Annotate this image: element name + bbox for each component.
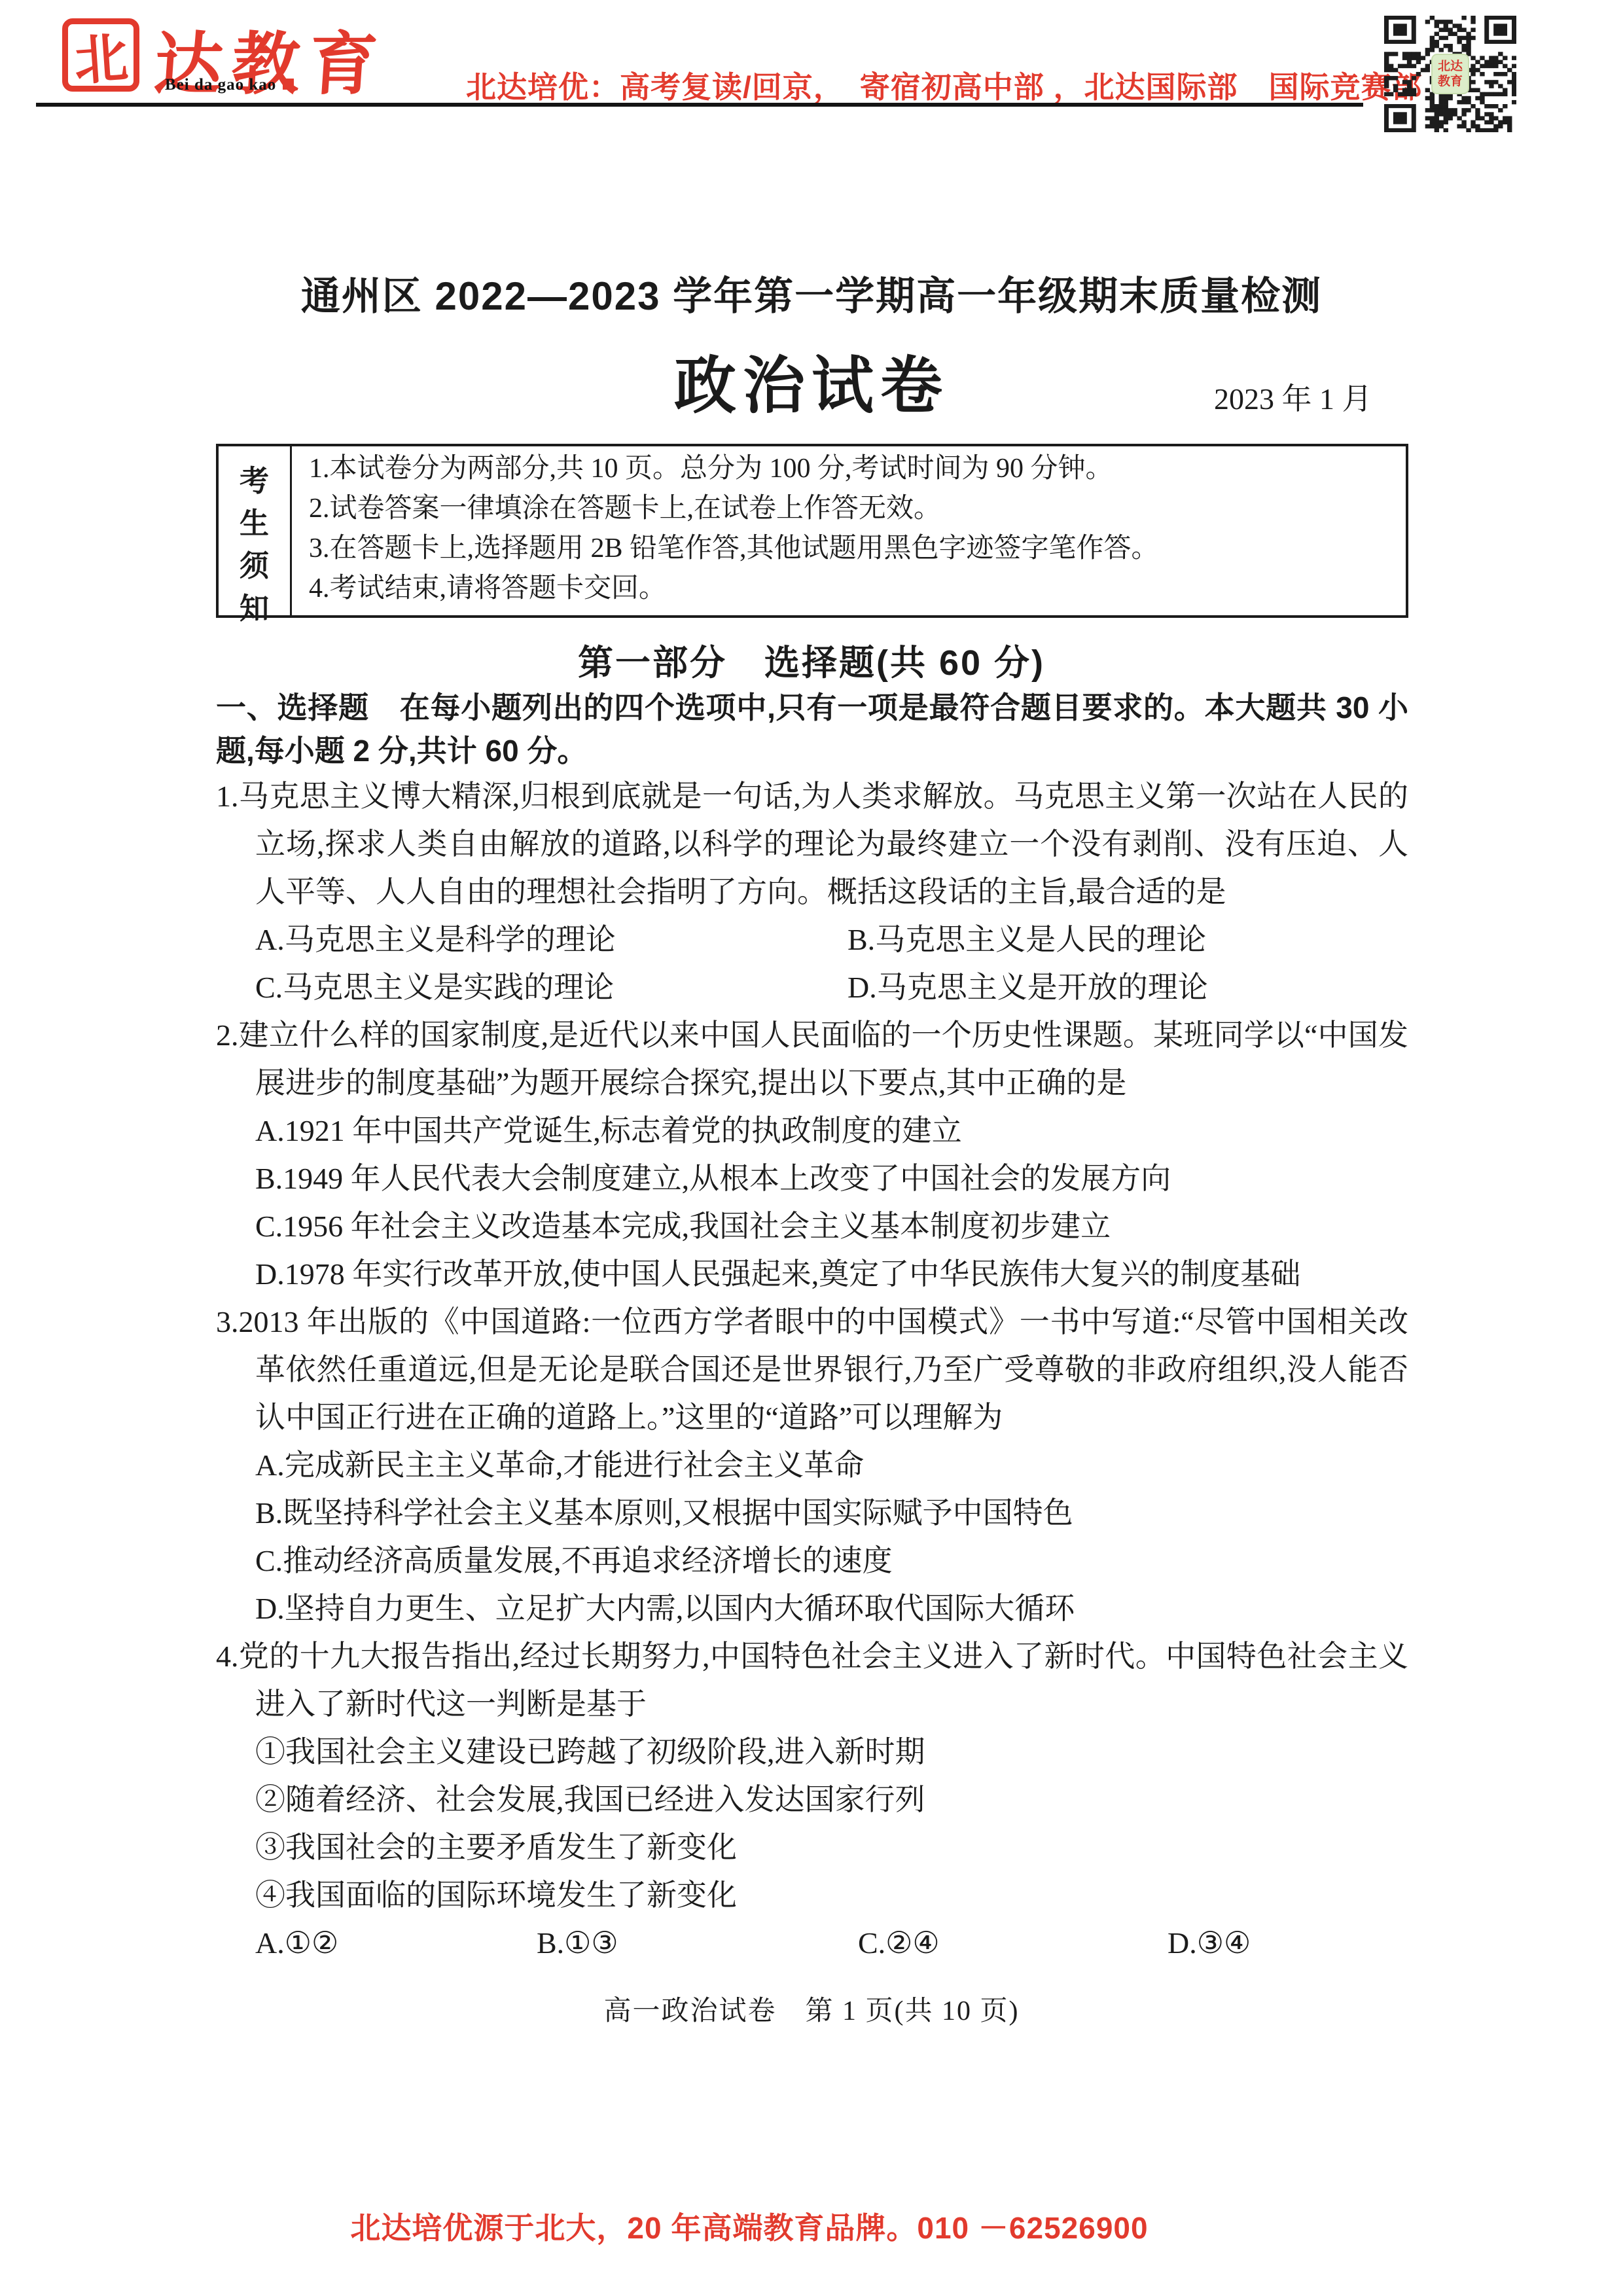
option-c: C.②④ [858,1919,1168,1967]
question-stem: 4.党的十九大报告指出,经过长期努力,中国特色社会主义进入了新时代。中国特色社会… [216,1632,1408,1728]
qr-code: 北达 教育 [1384,16,1516,132]
option-b: B.①③ [537,1919,858,1967]
exam-page: { "colors": {"brand_red": "#e23a2d", "te… [0,0,1623,2296]
brand-seal-icon: 北 [62,18,139,92]
brand-subtext: Bei da gao kao [165,76,294,94]
brand-subtext-text: Bei da gao kao [165,76,276,94]
notice-label: 考 生 须 知 [219,446,292,615]
header-divider [36,103,1363,107]
notice-label-char: 须 [240,542,269,584]
statement-4: ④我国面临的国际环境发生了新变化 [216,1871,1408,1919]
part1-heading: 第一部分 选择题(共 60 分) [0,635,1623,685]
part1-instructions: 一、选择题 在每小题列出的四个选项中,只有一项是最符合题目要求的。本大题共 30… [216,686,1408,772]
option-a: A.①② [255,1919,537,1967]
notice-items: 1.本试卷分为两部分,共 10 页。总分为 100 分,考试时间为 90 分钟。… [292,446,1406,615]
statement-1: ①我国社会主义建设已跨越了初级阶段,进入新时期 [216,1728,1408,1776]
page-number-footer: 高一政治试卷 第 1 页(共 10 页) [0,1989,1623,2028]
option-a: A.完成新民主主义革命,才能进行社会主义革命 [216,1441,1408,1489]
statement-3: ③我国社会的主要矛盾发生了新变化 [216,1823,1408,1871]
option-d: D.1978 年实行改革开放,使中国人民强起来,奠定了中华民族伟大复兴的制度基础 [216,1250,1408,1298]
exam-title: 通州区 2022—2023 学年第一学期高一年级期末质量检测 [0,275,1623,318]
qr-label-line1: 北达 [1438,59,1463,74]
option-d: D.③④ [1168,1919,1251,1967]
question-2: 2.建立什么样的国家制度,是近代以来中国人民面临的一个历史性课题。某班同学以“中… [216,1011,1408,1298]
question-stem: 2.建立什么样的国家制度,是近代以来中国人民面临的一个历史性课题。某班同学以“中… [216,1011,1408,1107]
notice-label-char: 生 [240,499,269,542]
qr-label-line2: 教育 [1438,74,1463,89]
option-c: C.马克思主义是实践的理论 [255,963,847,1011]
question-1: 1.马克思主义博大精深,归根到底就是一句话,为人类求解放。马克思主义第一次站在人… [216,772,1408,1011]
brand-seal-char: 北 [71,15,130,95]
exam-subject-title: 政治试卷 [0,350,1623,422]
option-c: C.1956 年社会主义改造基本完成,我国社会主义基本制度初步建立 [216,1202,1408,1250]
candidate-notice-box: 考 生 须 知 1.本试卷分为两部分,共 10 页。总分为 100 分,考试时间… [216,444,1408,618]
option-a: A.1921 年中国共产党诞生,标志着党的执政制度的建立 [216,1107,1408,1155]
exam-date: 2023 年 1 月 [1214,383,1372,416]
option-c: C.推动经济高质量发展,不再追求经济增长的速度 [216,1537,1408,1585]
header-slogan: 北达培优：高考复读/回京， 寄宿初高中部 ，北达国际部 国际竞赛部 [466,63,1423,107]
statement-2: ②随着经济、社会发展,我国已经进入发达国家行列 [216,1776,1408,1823]
notice-item: 1.本试卷分为两部分,共 10 页。总分为 100 分,考试时间为 90 分钟。 [309,449,1390,489]
question-list: 1.马克思主义博大精深,归根到底就是一句话,为人类求解放。马克思主义第一次站在人… [216,772,1408,1967]
bottom-banner: 北达培优源于北大，20 年高端教育品牌。010 －62526900 [0,2204,1499,2248]
question-3: 3.2013 年出版的《中国道路:一位西方学者眼中的中国模式》一书中写道:“尽管… [216,1298,1408,1632]
notice-label-char: 考 [240,457,269,499]
option-a: A.马克思主义是科学的理论 [255,916,847,963]
qr-center-label: 北达 教育 [1431,54,1469,94]
option-b: B.马克思主义是人民的理论 [847,916,1206,963]
question-options-row: C.马克思主义是实践的理论 D.马克思主义是开放的理论 [216,963,1408,1011]
notice-label-char: 知 [240,584,269,627]
notice-item: 2.试卷答案一律填涂在答题卡上,在试卷上作答无效。 [309,489,1390,529]
notice-item: 3.在答题卡上,选择题用 2B 铅笔作答,其他试题用黑色字迹签字笔作答。 [309,529,1390,569]
question-stem: 1.马克思主义博大精深,归根到底就是一句话,为人类求解放。马克思主义第一次站在人… [216,772,1408,916]
question-options-row: A.马克思主义是科学的理论 B.马克思主义是人民的理论 [216,916,1408,963]
notice-item: 4.考试结束,请将答题卡交回。 [309,569,1390,609]
question-options-row: A.①② B.①③ C.②④ D.③④ [216,1919,1408,1967]
option-d: D.坚持自力更生、立足扩大内需,以国内大循环取代国际大循环 [216,1585,1408,1632]
option-b: B.既坚持科学社会主义基本原则,又根据中国实际赋予中国特色 [216,1489,1408,1537]
question-stem: 3.2013 年出版的《中国道路:一位西方学者眼中的中国模式》一书中写道:“尽管… [216,1298,1408,1441]
question-4: 4.党的十九大报告指出,经过长期努力,中国特色社会主义进入了新时代。中国特色社会… [216,1632,1408,1967]
option-b: B.1949 年人民代表大会制度建立,从根本上改变了中国社会的发展方向 [216,1155,1408,1202]
option-d: D.马克思主义是开放的理论 [847,963,1208,1011]
brand-square-icon [283,79,294,90]
